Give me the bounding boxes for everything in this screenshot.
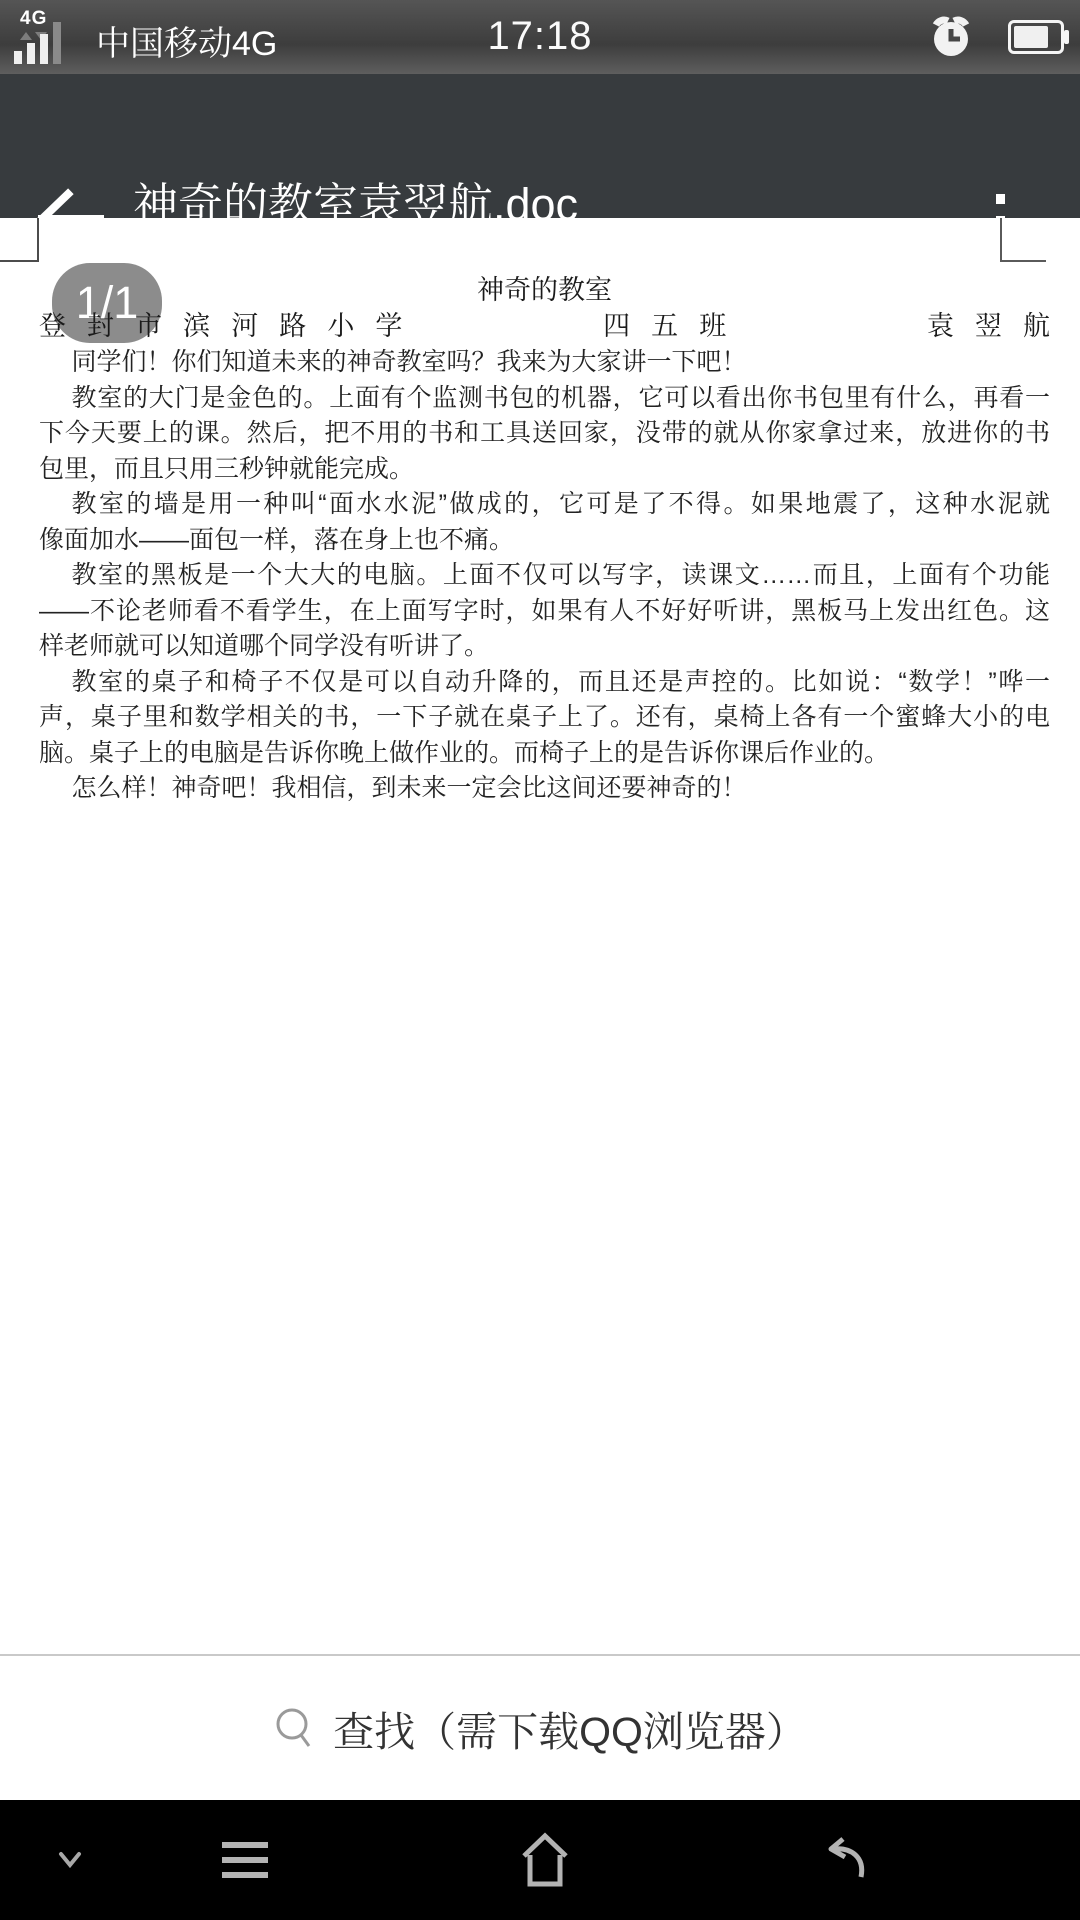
doc-line: 声，桌子里和数学相关的书，一下子就在桌子上了。还有，桌椅上各有一个蜜蜂大小的电 [39, 700, 1050, 736]
doc-byline: 登封市滨河路小学 四五班 袁翌航 [39, 308, 1050, 344]
status-time: 17:18 [0, 14, 1080, 59]
doc-line: 同学们！你们知道未来的神奇教室吗？我来为大家讲一下吧！ [39, 345, 1050, 381]
doc-paragraphs: 同学们！你们知道未来的神奇教室吗？我来为大家讲一下吧！教室的大门是金色的。上面有… [39, 345, 1050, 807]
page-corner-mark-right [1000, 218, 1046, 262]
doc-title: 神奇的教室 [39, 272, 1050, 308]
doc-viewer-header: 神奇的教室袁翌航.doc QQ浏览器文件服务 [0, 74, 1080, 218]
doc-line: 教室的墙是用一种叫“面水水泥”做成的，它可是了不得。如果地震了，这种水泥就 [39, 487, 1050, 523]
doc-line: ——不论老师看不看学生，在上面写字时，如果有人不好好听讲，黑板马上发出红色。这 [39, 594, 1050, 630]
home-icon [518, 1832, 572, 1888]
doc-line: 教室的大门是金色的。上面有个监测书包的机器，它可以看出你书包里有什么，再看一 [39, 381, 1050, 417]
android-nav-bar [0, 1800, 1080, 1920]
byline-author: 袁翌航 [927, 308, 1071, 344]
collapse-chevron-icon [53, 1849, 87, 1871]
byline-class: 四五班 [603, 308, 747, 344]
menu-button[interactable] [195, 1800, 295, 1920]
doc-line: 怎么样！神奇吧！我相信，到未来一定会比这间还要神奇的！ [39, 771, 1050, 807]
menu-lines-icon [219, 1838, 271, 1882]
status-bar: 4G 中国移动4G 17:18 [0, 0, 1080, 74]
phone-screen: 4G 中国移动4G 17:18 神奇的教室袁翌航.doc QQ浏览器文件服务 [0, 0, 1080, 1920]
battery-icon [1008, 20, 1064, 54]
back-curved-icon [817, 1835, 873, 1885]
find-label: 查找（需下载QQ浏览器） [333, 1699, 807, 1758]
back-nav-button[interactable] [790, 1800, 900, 1920]
doc-line: 脑。桌子上的电脑是告诉你晚上做作业的。而椅子上的是告诉你课后作业的。 [39, 736, 1050, 772]
search-icon [273, 1706, 317, 1750]
doc-line: 包里，而且只用三秒钟就能完成。 [39, 452, 1050, 488]
document-page: 1/1 神奇的教室 登封市滨河路小学 四五班 袁翌航 同学们！你们知道未来的神奇… [0, 218, 1080, 1654]
doc-line: 像面加水——面包一样，落在身上也不痛。 [39, 523, 1050, 559]
home-button[interactable] [490, 1800, 600, 1920]
page-corner-mark-left [0, 218, 39, 262]
doc-line: 下今天要上的课。然后，把不用的书和工具送回家，没带的就从你家拿过来，放进你的书 [39, 416, 1050, 452]
overflow-menu-icon [996, 194, 1005, 204]
doc-line: 样老师就可以知道哪个同学没有听讲了。 [39, 629, 1050, 665]
alarm-clock-icon [928, 12, 974, 65]
find-bar[interactable]: 查找（需下载QQ浏览器） [0, 1654, 1080, 1800]
collapse-toolbar-button[interactable] [30, 1800, 110, 1920]
document-content: 神奇的教室 登封市滨河路小学 四五班 袁翌航 同学们！你们知道未来的神奇教室吗？… [39, 272, 1050, 807]
byline-school: 登封市滨河路小学 [39, 308, 423, 344]
doc-line: 教室的黑板是一个大大的电脑。上面不仅可以写字，读课文……而且，上面有个功能 [39, 558, 1050, 594]
doc-line: 教室的桌子和椅子不仅是可以自动升降的，而且还是声控的。比如说：“数学！”哗一 [39, 665, 1050, 701]
